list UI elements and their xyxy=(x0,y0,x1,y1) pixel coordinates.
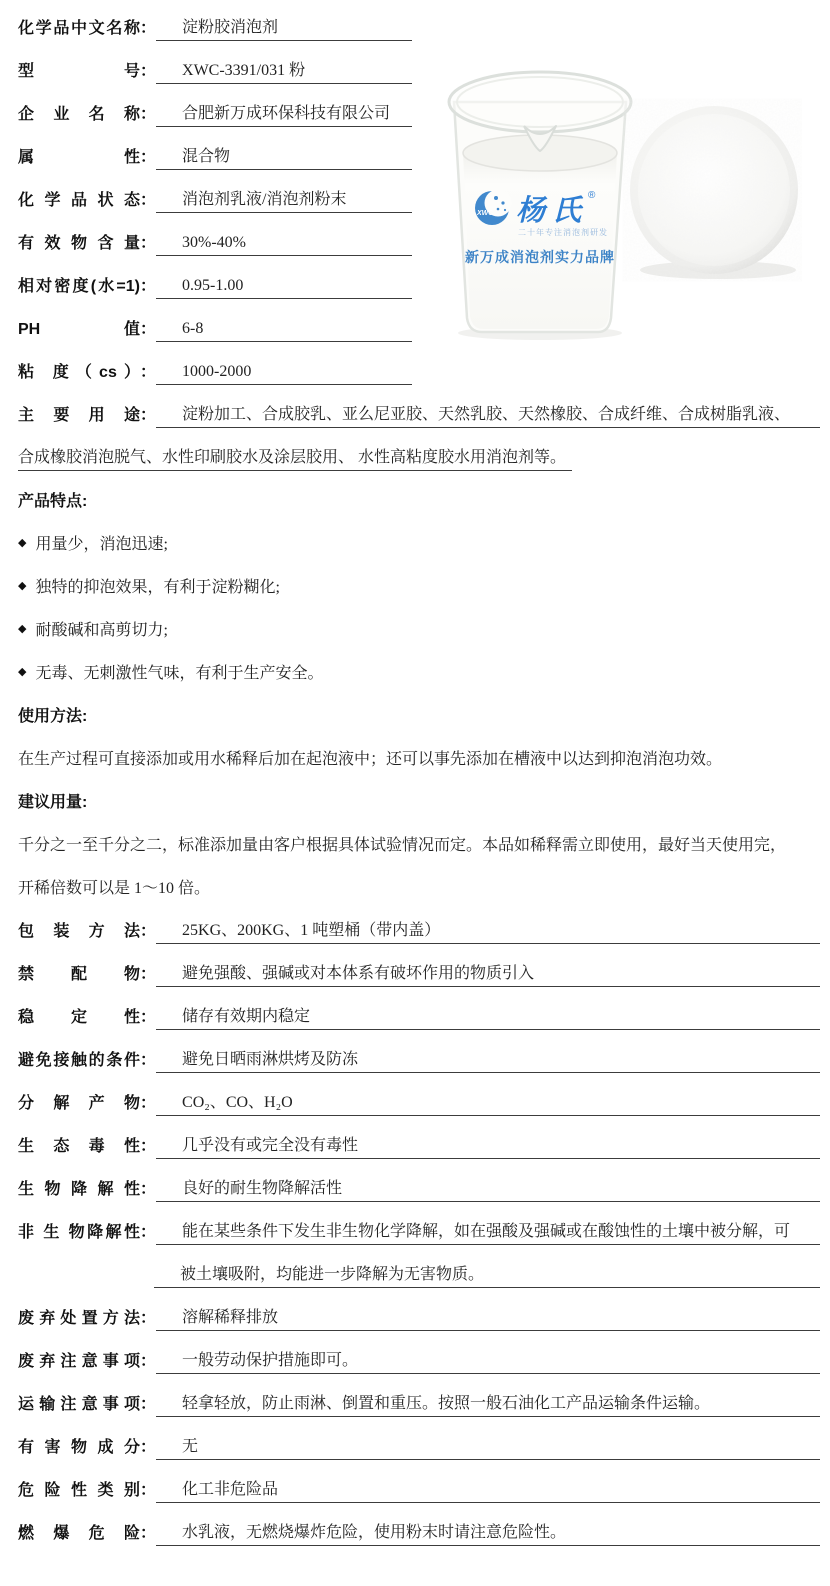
field-row-hazard-class: 危 险 性 类 别： 化工非危险品 xyxy=(0,1462,830,1505)
feature-text: 耐酸碱和高剪切力; xyxy=(35,621,167,643)
field-value: 0.95-1.00 xyxy=(156,276,412,299)
field-value: 消泡剂乳液/消泡剂粉末 xyxy=(156,190,412,213)
field-row-main-use-line2: 合成橡胶消泡脱气、水性印刷胶水及涂层胶用、 水性高粘度胶水用消泡剂等。 xyxy=(0,430,830,473)
brand-name: 杨氏 xyxy=(516,195,588,227)
field-label: 燃 爆 危 险 xyxy=(18,1524,140,1546)
field-colon: ： xyxy=(140,1094,156,1116)
dosage-paragraph-line2: 开稀倍数可以是 1～10 倍。 xyxy=(0,860,830,903)
field-row-main-use: 主 要 用 途： 淀粉加工、合成胶乳、亚么尼亚胶、天然乳胶、天然橡胶、合成纤维、… xyxy=(0,387,830,430)
field-value: 25KG、200KG、1 吨塑桶（带内盖） xyxy=(156,921,820,944)
field-value: 能在某些条件下发生非生物化学降解，如在强酸及强碱或在酸蚀性的土壤中被分解，可 xyxy=(156,1222,820,1245)
feature-item: ◆ 耐酸碱和高剪切力; xyxy=(0,602,830,645)
field-value: 无 xyxy=(156,1437,820,1460)
diamond-bullet-icon: ◆ xyxy=(18,620,26,643)
field-value: 几乎没有或完全没有毒性 xyxy=(156,1136,820,1159)
field-label: 废弃注意事项 xyxy=(18,1352,140,1374)
field-label: 危 险 性 类 别 xyxy=(18,1481,140,1503)
field-label: 粘 度（cs） xyxy=(18,363,140,385)
field-value: CO₂、CO、H₂O xyxy=(156,1093,820,1116)
feature-text: 无毒、无刺激性气味，有利于生产安全。 xyxy=(35,664,323,686)
field-value: 30%-40% xyxy=(156,233,412,256)
field-label: 属 性 xyxy=(18,148,140,170)
field-label: 型 号 xyxy=(18,62,140,84)
field-row-nonbio-degradability: 非 生 物降解性： 能在某些条件下发生非生物化学降解，如在强酸及强碱或在酸蚀性的… xyxy=(0,1204,830,1247)
field-colon: ： xyxy=(140,1137,156,1159)
field-label: 有 害 物 成 分 xyxy=(18,1438,140,1460)
field-colon: ： xyxy=(140,406,156,428)
field-value-continuation: 合成橡胶消泡脱气、水性印刷胶水及涂层胶用、 水性高粘度胶水用消泡剂等。 xyxy=(18,448,572,471)
field-label: 生 态 毒 性 xyxy=(18,1137,140,1159)
field-colon: ： xyxy=(140,922,156,944)
field-row-harmful-ingredients: 有 害 物 成 分： 无 xyxy=(0,1419,830,1462)
field-label: 生 物 降 解 性 xyxy=(18,1180,140,1202)
brand-tagline-small: 二十年专注消泡剂研发 xyxy=(518,227,608,237)
field-value: 轻拿轻放，防止雨淋、倒置和重压。按照一般石油化工产品运输条件运输。 xyxy=(156,1394,820,1417)
section-heading: 建议用量: xyxy=(18,793,87,815)
field-value: 淀粉胶消泡剂 xyxy=(156,18,412,41)
field-colon: ： xyxy=(140,965,156,987)
field-label: 非 生 物降解性 xyxy=(18,1223,140,1245)
field-colon: ： xyxy=(140,191,156,213)
field-row-stability: 稳 定 性： 储存有效期内稳定 xyxy=(0,989,830,1032)
field-row-eco-toxicity: 生 态 毒 性： 几乎没有或完全没有毒性 xyxy=(0,1118,830,1161)
field-value: 良好的耐生物降解活性 xyxy=(156,1179,820,1202)
section-dosage: 建议用量: xyxy=(0,774,830,817)
brand-logo-text: XWC xyxy=(476,210,494,217)
field-colon: ： xyxy=(140,1309,156,1331)
feature-text: 独特的抑泡效果，有利于淀粉糊化; xyxy=(35,578,279,600)
field-row-biodegradability: 生 物 降 解 性： 良好的耐生物降解活性 xyxy=(0,1161,830,1204)
field-label: 运输注意事项 xyxy=(18,1395,140,1417)
field-row-explosion-hazard: 燃 爆 危 险： 水乳液，无燃烧爆炸危险，使用粉末时请注意危险性。 xyxy=(0,1505,830,1548)
field-colon: ： xyxy=(140,234,156,256)
field-label: 化 学 品 状 态 xyxy=(18,191,140,213)
field-label: 禁 配 物 xyxy=(18,965,140,987)
field-value: XWC-3391/031 粉 xyxy=(156,61,412,84)
field-value: 避免日晒雨淋烘烤及防冻 xyxy=(156,1050,820,1073)
field-value: 水乳液，无燃烧爆炸危险，使用粉末时请注意危险性。 xyxy=(156,1523,820,1546)
diamond-bullet-icon: ◆ xyxy=(18,534,26,557)
field-row-disposal-method: 废弃处置方法： 溶解稀释排放 xyxy=(0,1290,830,1333)
field-value: 1000-2000 xyxy=(156,362,412,385)
field-label: 包 装 方 法 xyxy=(18,922,140,944)
field-colon: ： xyxy=(140,277,156,299)
field-value: 化工非危险品 xyxy=(156,1480,820,1503)
brand-tagline: 新万成消泡剂实力品牌 xyxy=(465,249,615,265)
field-colon: ： xyxy=(140,1352,156,1374)
field-colon: ： xyxy=(140,1223,156,1245)
field-row-packaging: 包 装 方 法： 25KG、200KG、1 吨塑桶（带内盖） xyxy=(0,903,830,946)
section-heading: 使用方法: xyxy=(18,707,87,729)
field-label: PH 值 xyxy=(18,320,140,342)
section-usage-method: 使用方法: xyxy=(0,688,830,731)
field-colon: ： xyxy=(140,1481,156,1503)
section-features: 产品特点: xyxy=(0,473,830,516)
field-label: 稳 定 性 xyxy=(18,1008,140,1030)
field-value: 避免强酸、强碱或对本体系有破坏作用的物质引入 xyxy=(156,964,820,987)
field-value: 合肥新万成环保科技有限公司 xyxy=(156,104,412,127)
field-row-chemical-name: 化学品中文名称： 淀粉胶消泡剂 xyxy=(0,0,830,43)
registered-mark: ® xyxy=(588,190,596,201)
feature-item: ◆ 独特的抑泡效果，有利于淀粉糊化; xyxy=(0,559,830,602)
field-value: 储存有效期内稳定 xyxy=(156,1007,820,1030)
field-label: 避免接触的条件 xyxy=(18,1051,140,1073)
section-heading: 产品特点: xyxy=(18,492,87,514)
diamond-bullet-icon: ◆ xyxy=(18,577,26,600)
field-label: 企 业 名 称 xyxy=(18,105,140,127)
field-label: 废弃处置方法 xyxy=(18,1309,140,1331)
field-colon: ： xyxy=(140,1180,156,1202)
field-row-viscosity: 粘 度（cs）： 1000-2000 xyxy=(0,344,830,387)
field-label: 分 解 产 物 xyxy=(18,1094,140,1116)
field-label: 主 要 用 途 xyxy=(18,406,140,428)
field-colon: ： xyxy=(140,1008,156,1030)
field-row-avoid-conditions: 避免接触的条件： 避免日晒雨淋烘烤及防冻 xyxy=(0,1032,830,1075)
feature-item: ◆ 无毒、无刺激性气味，有利于生产安全。 xyxy=(0,645,830,688)
field-row-incompatible: 禁 配 物： 避免强酸、强碱或对本体系有破坏作用的物质引入 xyxy=(0,946,830,989)
field-label: 相对密度(水=1) xyxy=(18,277,140,299)
field-label: 有 效 物 含 量 xyxy=(18,234,140,256)
field-colon: ： xyxy=(140,105,156,127)
field-colon: ： xyxy=(140,363,156,385)
field-colon: ： xyxy=(140,1051,156,1073)
field-value: 溶解稀释排放 xyxy=(156,1308,820,1331)
feature-text: 用量少，消泡迅速; xyxy=(35,535,167,557)
field-colon: ： xyxy=(140,62,156,84)
dosage-paragraph-line1: 千分之一至千分之二，标准添加量由客户根据具体试验情况而定。本品如稀释需立即使用，… xyxy=(0,817,830,860)
beaker-illustration: XWC 杨氏 ® 二十年专注消泡剂研发 新万成消泡剂实力品牌 xyxy=(449,72,631,340)
diamond-bullet-icon: ◆ xyxy=(18,663,26,686)
field-colon: ： xyxy=(140,148,156,170)
field-row-disposal-notes: 废弃注意事项： 一般劳动保护措施即可。 xyxy=(0,1333,830,1376)
field-value: 混合物 xyxy=(156,147,412,170)
field-value: 淀粉加工、合成胶乳、亚么尼亚胶、天然乳胶、天然橡胶、合成纤维、合成树脂乳液、 xyxy=(156,405,820,428)
field-row-transport-notes: 运输注意事项： 轻拿轻放，防止雨淋、倒置和重压。按照一般石油化工产品运输条件运输… xyxy=(0,1376,830,1419)
product-photo: XWC 杨氏 ® 二十年专注消泡剂研发 新万成消泡剂实力品牌 xyxy=(440,52,802,344)
product-spec-sheet: 化学品中文名称： 淀粉胶消泡剂 型 号： XWC-3391/031 粉 企 业 … xyxy=(0,0,830,1586)
field-value-continuation: 被土壤吸附，均能进一步降解为无害物质。 xyxy=(154,1265,820,1288)
field-value: 6-8 xyxy=(156,319,412,342)
feature-item: ◆ 用量少，消泡迅速; xyxy=(0,516,830,559)
field-row-decomposition: 分 解 产 物： CO₂、CO、H₂O xyxy=(0,1075,830,1118)
powder-sample xyxy=(630,106,798,279)
field-colon: ： xyxy=(140,1524,156,1546)
field-colon: ： xyxy=(140,19,156,41)
field-colon: ： xyxy=(140,1395,156,1417)
field-colon: ： xyxy=(140,320,156,342)
usage-method-paragraph: 在生产过程可直接添加或用水稀释后加在起泡液中；还可以事先添加在槽液中以达到抑泡消… xyxy=(0,731,830,774)
field-colon: ： xyxy=(140,1438,156,1460)
field-label: 化学品中文名称 xyxy=(18,19,140,41)
field-value: 一般劳动保护措施即可。 xyxy=(156,1351,820,1374)
field-row-nonbio-degradability-line2: 被土壤吸附，均能进一步降解为无害物质。 xyxy=(0,1247,830,1290)
